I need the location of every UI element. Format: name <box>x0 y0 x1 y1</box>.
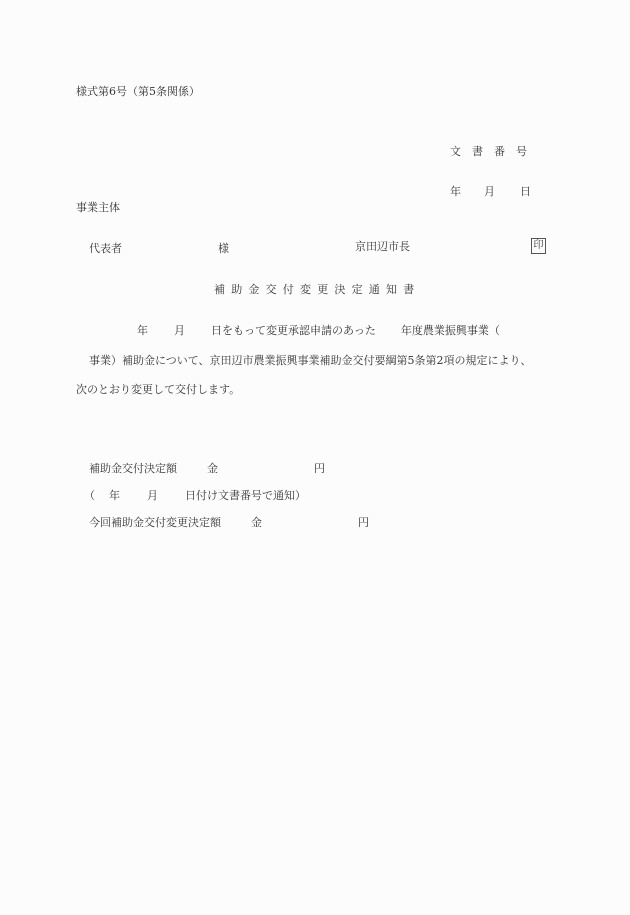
decided-amount-label: 補助金交付決定額 <box>89 462 177 475</box>
changed-amount-label: 今回補助金交付変更決定額 <box>89 516 221 529</box>
body-line-3: 次のとおり変更して交付します。 <box>76 384 240 395</box>
date-day: 日 <box>520 186 531 204</box>
body-line-2: 事業）補助金について、京田辺市農業振興事業補助金交付要綱第5条第2項の規定により… <box>89 355 532 366</box>
notice-month: 月 <box>147 489 158 502</box>
document-title: 補助金交付変更決定通知書 <box>214 284 420 295</box>
body-month: 月 <box>174 324 185 337</box>
changed-amount-row: 今回補助金交付変更決定額金円 <box>89 517 369 528</box>
decided-amount-prefix: 金 <box>207 462 218 475</box>
changed-amount-prefix: 金 <box>251 516 262 529</box>
notice-year: 年 <box>109 489 120 502</box>
decided-amount-unit: 円 <box>314 462 325 475</box>
body-text-application: 日をもって変更承認申請のあった <box>211 324 376 337</box>
decided-amount-row: 補助金交付決定額金円 <box>89 463 325 474</box>
date-month: 月 <box>484 186 520 204</box>
date-year: 年 <box>450 186 484 204</box>
doc-number-char: 番 <box>494 146 516 164</box>
seal-mark: 印 <box>531 238 546 254</box>
recipient-block: 事業主体 代表者 様 <box>76 180 229 265</box>
doc-number-char: 書 <box>472 146 494 164</box>
document-meta: 文 書 番 号 年 月 日 <box>450 124 536 215</box>
doc-number-char: 号 <box>516 146 536 164</box>
changed-amount-unit: 円 <box>358 516 369 529</box>
notice-row: （年月日付け文書番号で通知） <box>84 490 306 501</box>
notice-open-paren: （ <box>84 489 95 502</box>
body-line-1: 年月日をもって変更承認申請のあった年度農業振興事業（ <box>137 325 500 336</box>
body-text-fiscal-year: 年度農業振興事業（ <box>401 324 500 337</box>
recipient-organization: 事業主体 <box>76 202 229 213</box>
body-year: 年 <box>137 324 148 337</box>
sender-name: 京田辺市長 <box>355 241 410 252</box>
representative-label: 代表者 <box>89 243 218 254</box>
form-number: 様式第6号（第5条関係） <box>76 86 200 97</box>
honorific: 様 <box>218 243 229 254</box>
document-number-row: 文 書 番 号 <box>450 146 536 164</box>
notice-text: 日付け文書番号で通知） <box>185 489 306 502</box>
document-date-row: 年 月 日 <box>450 186 536 204</box>
doc-number-char: 文 <box>450 146 472 164</box>
